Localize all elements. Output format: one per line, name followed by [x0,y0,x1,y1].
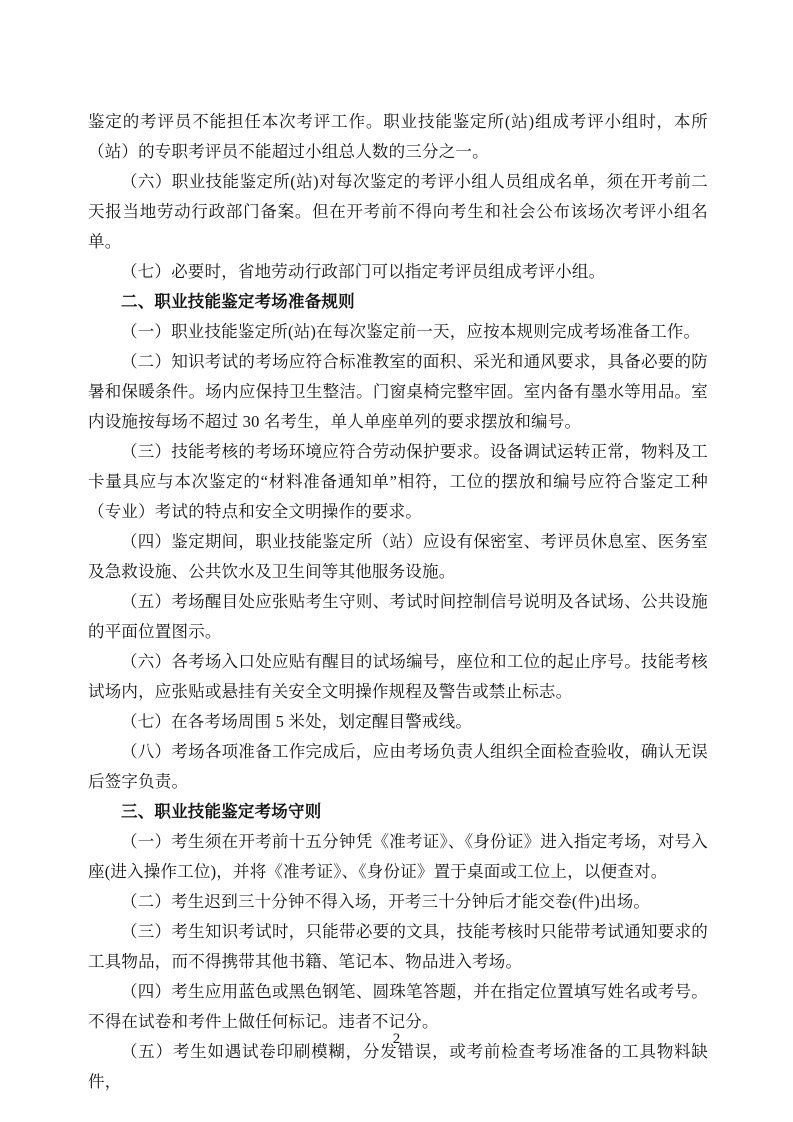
paragraph-item-7-sec2: （七）在各考场周围 5 米处，划定醒目警戒线。 [88,707,708,737]
page-number: 2 [0,1028,793,1050]
paragraph-continuation: 鉴定的考评员不能担任本次考评工作。职业技能鉴定所(站)组成考评小组时，本所（站）… [88,107,708,167]
section-heading-3: 三、职业技能鉴定考场守则 [88,797,708,827]
paragraph-item-1-sec2: （一）职业技能鉴定所(站)在每次鉴定前一天，应按本规则完成考场准备工作。 [88,317,708,347]
paragraph-item-7-sec1: （七）必要时，省地劳动行政部门可以指定考评员组成考评小组。 [88,257,708,287]
paragraph-item-4-sec2: （四）鉴定期间，职业技能鉴定所（站）应设有保密室、考评员休息室、医务室及急救设施… [88,527,708,587]
paragraph-item-1-sec3: （一）考生须在开考前十五分钟凭《准考证》、《身份证》进入指定考场，对号入座(进入… [88,827,708,887]
paragraph-item-5-sec2: （五）考场醒目处应张贴考生守则、考试时间控制信号说明及各试场、公共设施的平面位置… [88,587,708,647]
paragraph-item-6-sec1: （六）职业技能鉴定所(站)对每次鉴定的考评小组人员组成名单，须在开考前二天报当地… [88,167,708,257]
document-page: 鉴定的考评员不能担任本次考评工作。职业技能鉴定所(站)组成考评小组时，本所（站）… [0,0,793,1122]
section-heading-2: 二、职业技能鉴定考场准备规则 [88,287,708,317]
paragraph-item-2-sec2: （二）知识考试的考场应符合标准教室的面积、采光和通风要求，具备必要的防暑和保暖条… [88,347,708,437]
paragraph-item-3-sec2: （三）技能考核的考场环境应符合劳动保护要求。设备调试运转正常，物料及工卡量具应与… [88,437,708,527]
paragraph-item-3-sec3: （三）考生知识考试时，只能带必要的文具，技能考核时只能带考试通知要求的工具物品，… [88,917,708,977]
paragraph-item-8-sec2: （八）考场各项准备工作完成后，应由考场负责人组织全面检查验收，确认无误后签字负责… [88,737,708,797]
paragraph-item-6-sec2: （六）各考场入口处应贴有醒目的试场编号，座位和工位的起止序号。技能考核试场内，应… [88,647,708,707]
document-body: 鉴定的考评员不能担任本次考评工作。职业技能鉴定所(站)组成考评小组时，本所（站）… [88,107,708,1097]
paragraph-item-2-sec3: （二）考生迟到三十分钟不得入场，开考三十分钟后才能交卷(件)出场。 [88,887,708,917]
